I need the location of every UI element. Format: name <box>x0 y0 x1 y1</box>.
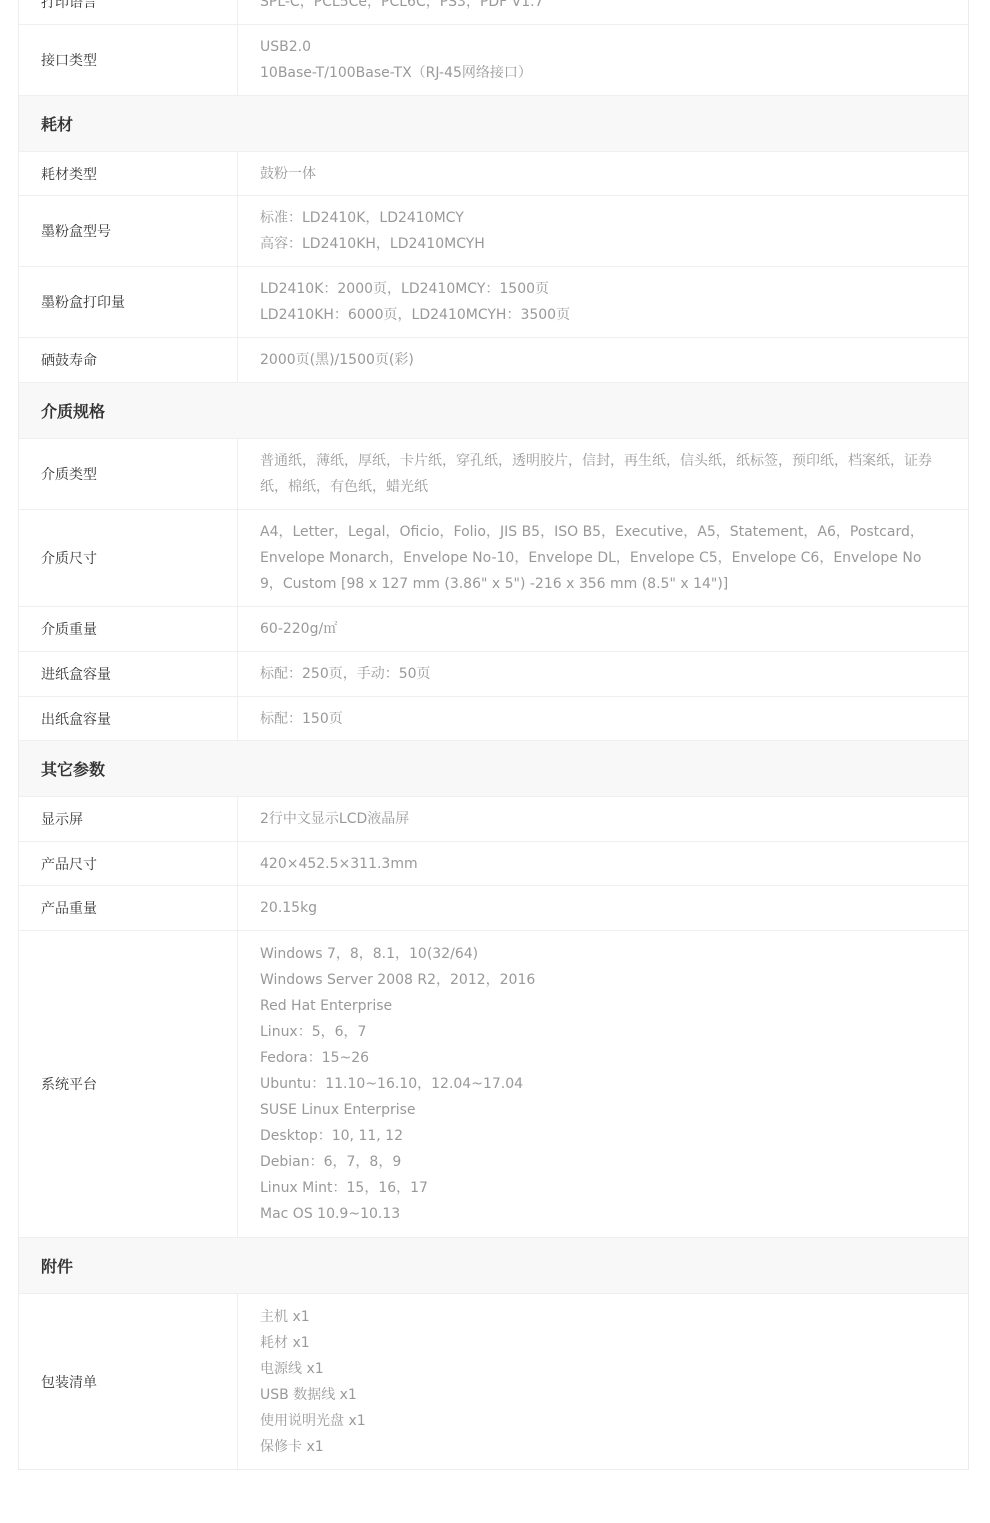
spec-value-line: 保修卡 x1 <box>260 1434 946 1460</box>
spec-label: 介质类型 <box>19 439 238 509</box>
spec-row-input-capacity: 进纸盒容量 标配：250页，手动：50页 <box>19 651 968 696</box>
spec-label: 硒鼓寿命 <box>19 338 238 382</box>
spec-label: 墨粉盒型号 <box>19 196 238 266</box>
spec-label: 包装清单 <box>19 1294 238 1469</box>
spec-value-line: 标准：LD2410K，LD2410MCY <box>260 205 946 231</box>
spec-value-line: Fedora：15~26 <box>260 1045 946 1071</box>
spec-row-dimensions: 产品尺寸 420×452.5×311.3mm <box>19 841 968 885</box>
spec-table: 打印语言 SPL-C，PCL5Ce，PCL6C，PS3，PDF V1.7 接口类… <box>18 0 969 1470</box>
spec-label: 系统平台 <box>19 931 238 1237</box>
spec-value-line: 鼓粉一体 <box>260 161 946 187</box>
spec-value-text: A4，Letter，Legal，Oficio，Folio，JIS B5，ISO … <box>260 519 946 597</box>
spec-value-line: 主机 x1 <box>260 1304 946 1330</box>
spec-label: 接口类型 <box>19 25 238 95</box>
spec-label: 耗材类型 <box>19 152 238 195</box>
spec-value: USB2.0 10Base-T/100Base-TX（RJ-45网络接口） <box>238 25 968 95</box>
spec-value-line: 使用说明光盘 x1 <box>260 1408 946 1434</box>
spec-label: 墨粉盒打印量 <box>19 267 238 337</box>
spec-row-display: 显示屏 2行中文显示LCD液晶屏 <box>19 796 968 841</box>
spec-row-drum-life: 硒鼓寿命 2000页(黑)/1500页(彩) <box>19 337 968 382</box>
spec-value: 20.15kg <box>238 886 968 930</box>
spec-value: 标配：150页 <box>238 697 968 740</box>
spec-row-toner-model: 墨粉盒型号 标准：LD2410K，LD2410MCY 高容：LD2410KH，L… <box>19 195 968 266</box>
spec-value: A4，Letter，Legal，Oficio，Folio，JIS B5，ISO … <box>238 510 968 606</box>
spec-value-line: 高容：LD2410KH，LD2410MCYH <box>260 231 946 257</box>
spec-value-line: 60-220g/㎡ <box>260 616 946 642</box>
spec-value-line: LD2410KH：6000页，LD2410MCYH：3500页 <box>260 302 946 328</box>
spec-row-interface: 接口类型 USB2.0 10Base-T/100Base-TX（RJ-45网络接… <box>19 24 968 95</box>
spec-label: 产品尺寸 <box>19 842 238 885</box>
spec-value-line: 耗材 x1 <box>260 1330 946 1356</box>
spec-row-media-size: 介质尺寸 A4，Letter，Legal，Oficio，Folio，JIS B5… <box>19 509 968 606</box>
spec-row-consumable-type: 耗材类型 鼓粉一体 <box>19 151 968 195</box>
spec-label: 显示屏 <box>19 797 238 841</box>
spec-value: 普通纸，薄纸，厚纸，卡片纸，穿孔纸，透明胶片，信封，再生纸，信头纸，纸标签，预印… <box>238 439 968 509</box>
spec-value: 主机 x1 耗材 x1 电源线 x1 USB 数据线 x1 使用说明光盘 x1 … <box>238 1294 968 1469</box>
spec-value: 420×452.5×311.3mm <box>238 842 968 885</box>
spec-value-line: 标配：250页，手动：50页 <box>260 661 946 687</box>
spec-label: 出纸盒容量 <box>19 697 238 740</box>
spec-value-line: 标配：150页 <box>260 706 946 732</box>
spec-value-line: SPL-C，PCL5Ce，PCL6C，PS3，PDF V1.7 <box>260 0 946 15</box>
spec-row-media-weight: 介质重量 60-220g/㎡ <box>19 606 968 651</box>
spec-label: 进纸盒容量 <box>19 652 238 696</box>
spec-value-line: Desktop：10, 11, 12 <box>260 1123 946 1149</box>
spec-value-line: 2行中文显示LCD液晶屏 <box>260 806 946 832</box>
spec-value-line: SUSE Linux Enterprise <box>260 1097 946 1123</box>
spec-value-line: Windows Server 2008 R2，2012，2016 <box>260 967 946 993</box>
spec-value-line: Windows 7，8，8.1，10(32/64) <box>260 941 946 967</box>
spec-value-line: Mac OS 10.9~10.13 <box>260 1201 946 1227</box>
spec-row-print-language: 打印语言 SPL-C，PCL5Ce，PCL6C，PS3，PDF V1.7 <box>19 0 968 24</box>
spec-label: 介质尺寸 <box>19 510 238 606</box>
spec-value-line: LD2410K：2000页，LD2410MCY：1500页 <box>260 276 946 302</box>
spec-value-line: Debian：6，7，8，9 <box>260 1149 946 1175</box>
spec-row-package: 包装清单 主机 x1 耗材 x1 电源线 x1 USB 数据线 x1 使用说明光… <box>19 1293 968 1469</box>
spec-value: 2000页(黑)/1500页(彩) <box>238 338 968 382</box>
spec-value: Windows 7，8，8.1，10(32/64) Windows Server… <box>238 931 968 1237</box>
section-header-accessories: 附件 <box>19 1237 968 1293</box>
spec-value: 鼓粉一体 <box>238 152 968 195</box>
spec-value: 2行中文显示LCD液晶屏 <box>238 797 968 841</box>
spec-value: 60-220g/㎡ <box>238 607 968 651</box>
spec-value-line: Linux Mint：15，16，17 <box>260 1175 946 1201</box>
spec-value-line: 电源线 x1 <box>260 1356 946 1382</box>
spec-value-line: 20.15kg <box>260 895 946 921</box>
spec-value: LD2410K：2000页，LD2410MCY：1500页 LD2410KH：6… <box>238 267 968 337</box>
spec-label: 打印语言 <box>19 0 238 24</box>
section-header-consumables: 耗材 <box>19 95 968 151</box>
spec-value-line: USB2.0 <box>260 34 946 60</box>
spec-value-line: Red Hat Enterprise <box>260 993 946 1019</box>
spec-row-media-type: 介质类型 普通纸，薄纸，厚纸，卡片纸，穿孔纸，透明胶片，信封，再生纸，信头纸，纸… <box>19 438 968 509</box>
spec-value: 标准：LD2410K，LD2410MCY 高容：LD2410KH，LD2410M… <box>238 196 968 266</box>
spec-label: 介质重量 <box>19 607 238 651</box>
spec-row-product-weight: 产品重量 20.15kg <box>19 885 968 930</box>
spec-row-toner-yield: 墨粉盒打印量 LD2410K：2000页，LD2410MCY：1500页 LD2… <box>19 266 968 337</box>
section-header-other: 其它参数 <box>19 740 968 796</box>
spec-value-line: 10Base-T/100Base-TX（RJ-45网络接口） <box>260 60 946 86</box>
spec-value-line: 420×452.5×311.3mm <box>260 851 946 877</box>
spec-value: SPL-C，PCL5Ce，PCL6C，PS3，PDF V1.7 <box>238 0 968 24</box>
spec-value-line: USB 数据线 x1 <box>260 1382 946 1408</box>
spec-value-line: 2000页(黑)/1500页(彩) <box>260 347 946 373</box>
spec-value-line: Ubuntu：11.10~16.10，12.04~17.04 <box>260 1071 946 1097</box>
spec-value-text: 普通纸，薄纸，厚纸，卡片纸，穿孔纸，透明胶片，信封，再生纸，信头纸，纸标签，预印… <box>260 448 946 500</box>
spec-value: 标配：250页，手动：50页 <box>238 652 968 696</box>
spec-value-line: Linux：5，6，7 <box>260 1019 946 1045</box>
spec-label: 产品重量 <box>19 886 238 930</box>
section-header-media: 介质规格 <box>19 382 968 438</box>
spec-row-output-capacity: 出纸盒容量 标配：150页 <box>19 696 968 740</box>
spec-row-os: 系统平台 Windows 7，8，8.1，10(32/64) Windows S… <box>19 930 968 1237</box>
